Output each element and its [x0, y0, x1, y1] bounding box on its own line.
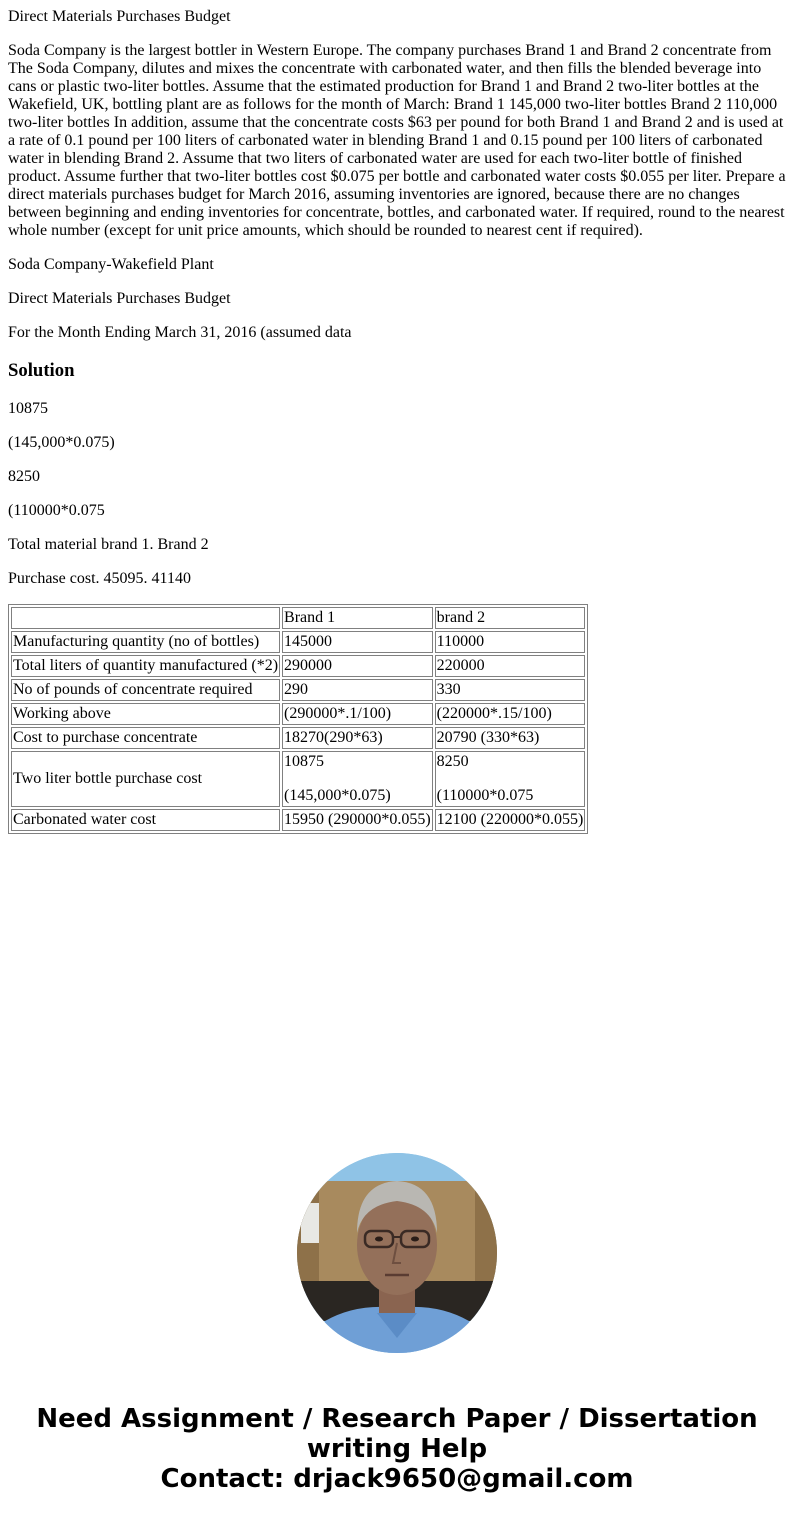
table-row: Total liters of quantity manufactured (*…	[11, 655, 585, 677]
solution-line: 10875	[8, 400, 786, 418]
brand2-note: (110000*0.075	[437, 787, 584, 805]
brand1-cell: 18270(290*63)	[282, 727, 433, 749]
promo-line: Need Assignment / Research Paper / Disse…	[0, 1404, 794, 1434]
table-header-cell: Brand 1	[282, 607, 433, 629]
budget-table: Brand 1 brand 2 Manufacturing quantity (…	[8, 604, 588, 834]
promo-banner: Need Assignment / Research Paper / Disse…	[0, 1404, 794, 1494]
company-line: Soda Company-Wakefield Plant	[8, 256, 786, 274]
table-row: Two liter bottle purchase cost 10875 (14…	[11, 751, 585, 807]
author-avatar	[297, 1153, 497, 1353]
row-label: No of pounds of concentrate required	[11, 679, 280, 701]
table-row: No of pounds of concentrate required 290…	[11, 679, 585, 701]
row-label: Working above	[11, 703, 280, 725]
row-label: Two liter bottle purchase cost	[11, 751, 280, 807]
row-label: Manufacturing quantity (no of bottles)	[11, 631, 280, 653]
brand1-cell: 290	[282, 679, 433, 701]
brand1-cell: 145000	[282, 631, 433, 653]
solution-line: 8250	[8, 468, 786, 486]
table-header-row: Brand 1 brand 2	[11, 607, 585, 629]
table-row: Manufacturing quantity (no of bottles) 1…	[11, 631, 585, 653]
brand2-cell: 110000	[435, 631, 586, 653]
table-header-cell	[11, 607, 280, 629]
table-row: Working above (290000*.1/100) (220000*.1…	[11, 703, 585, 725]
document-heading: Direct Materials Purchases Budget	[8, 8, 786, 26]
table-row: Cost to purchase concentrate 18270(290*6…	[11, 727, 585, 749]
row-label: Carbonated water cost	[11, 809, 280, 831]
brand2-value: 8250	[437, 753, 584, 771]
row-label: Total liters of quantity manufactured (*…	[11, 655, 280, 677]
solution-title: Solution	[8, 360, 786, 382]
brand1-cell: 10875 (145,000*0.075)	[282, 751, 433, 807]
brand1-cell: (290000*.1/100)	[282, 703, 433, 725]
brand1-value: 10875	[284, 753, 431, 771]
brand1-note: (145,000*0.075)	[284, 787, 431, 805]
author-photo-icon	[297, 1153, 497, 1353]
brand1-cell: 290000	[282, 655, 433, 677]
brand2-cell: 20790 (330*63)	[435, 727, 586, 749]
brand2-cell: 8250 (110000*0.075	[435, 751, 586, 807]
brand2-cell: (220000*.15/100)	[435, 703, 586, 725]
brand2-cell: 220000	[435, 655, 586, 677]
problem-statement: Soda Company is the largest bottler in W…	[8, 42, 786, 240]
table-header-cell: brand 2	[435, 607, 586, 629]
period-line: For the Month Ending March 31, 2016 (ass…	[8, 324, 786, 342]
solution-line: Purchase cost. 45095. 41140	[8, 570, 786, 588]
promo-line: writing Help	[0, 1434, 794, 1464]
promo-contact: Contact: drjack9650@gmail.com	[0, 1464, 794, 1494]
budget-line: Direct Materials Purchases Budget	[8, 290, 786, 308]
table-row: Carbonated water cost 15950 (290000*0.05…	[11, 809, 585, 831]
row-label: Cost to purchase concentrate	[11, 727, 280, 749]
solution-line: (110000*0.075	[8, 502, 786, 520]
brand2-cell: 330	[435, 679, 586, 701]
brand2-cell: 12100 (220000*0.055)	[435, 809, 586, 831]
solution-line: Total material brand 1. Brand 2	[8, 536, 786, 554]
brand1-cell: 15950 (290000*0.055)	[282, 809, 433, 831]
solution-line: (145,000*0.075)	[8, 434, 786, 452]
document-body: Direct Materials Purchases Budget Soda C…	[0, 8, 794, 834]
